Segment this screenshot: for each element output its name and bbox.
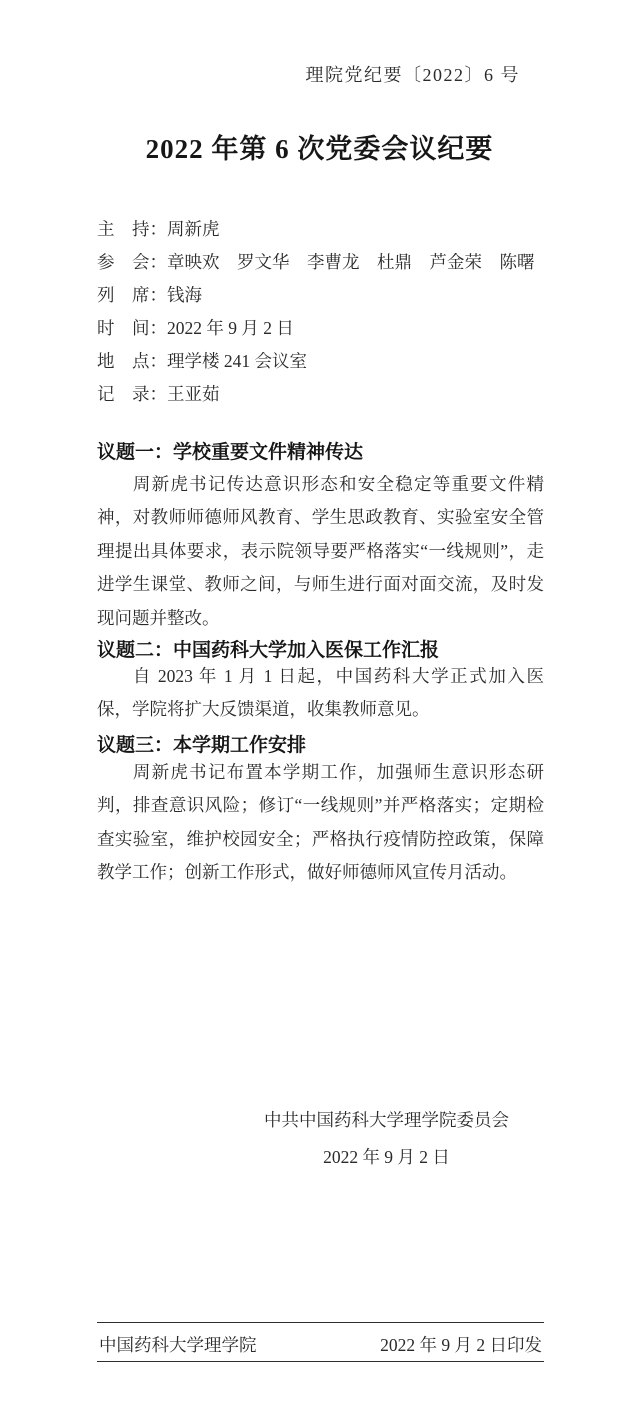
meta-line-location: 地 点：理学楼 241 会议室 [97,345,544,378]
section-paragraph-3: 周新虎书记布置本学期工作，加强师生意识形态研判，排查意识风险；修订“一线规则”并… [97,756,544,890]
meta-label: 时 间： [97,318,167,338]
section-heading-1: 议题一：学校重要文件精神传达 [97,441,544,465]
document-title: 2022 年第 6 次党委会议纪要 [0,127,639,166]
meta-block: 主 持：周新虎 参 会：章映欢 罗文华 李曹龙 杜鼎 芦金荣 陈曙 列 席：钱海… [97,213,544,411]
footer-print-date: 2022 年 9 月 2 日印发 [380,1332,542,1357]
meta-label: 主 持： [97,219,167,239]
meta-value: 钱海 [167,285,202,305]
meta-value: 周新虎 [167,219,220,239]
closing-block: 中共中国药科大学理学院委员会 2022 年 9 月 2 日 [67,1102,639,1176]
meta-value: 章映欢 罗文华 李曹龙 杜鼎 芦金荣 陈曙 [167,252,535,272]
meta-label: 记 录： [97,384,167,404]
meta-line-time: 时 间：2022 年 9 月 2 日 [97,312,544,345]
meta-label: 参 会： [97,252,167,272]
meta-line-recorder: 记 录：王亚茹 [97,378,544,411]
closing-organization: 中共中国药科大学理学院委员会 [67,1102,639,1139]
meta-label: 列 席： [97,285,167,305]
meta-label: 地 点： [97,351,167,371]
meta-line-attendees: 参 会：章映欢 罗文华 李曹龙 杜鼎 芦金荣 陈曙 [97,246,544,279]
closing-date: 2022 年 9 月 2 日 [67,1139,639,1176]
meta-value: 理学楼 241 会议室 [167,351,307,371]
document-page: 理院党纪要〔2022〕6 号 2022 年第 6 次党委会议纪要 主 持：周新虎… [0,0,639,1424]
doc-number: 理院党纪要〔2022〕6 号 [306,61,521,87]
section-paragraph-1: 周新虎书记传达意识形态和安全稳定等重要文件精神，对教师师德师风教育、学生思政教育… [97,468,544,635]
meta-line-host: 主 持：周新虎 [97,213,544,246]
section-paragraph-2: 自 2023 年 1 月 1 日起，中国药科大学正式加入医保，学院将扩大反馈渠道… [97,660,544,727]
meta-line-observers: 列 席：钱海 [97,279,544,312]
meta-value: 王亚茹 [167,384,220,404]
section-heading-3: 议题三：本学期工作安排 [97,734,544,758]
footer-bar: 中国药科大学理学院 2022 年 9 月 2 日印发 [97,1322,544,1362]
footer-issuer: 中国药科大学理学院 [99,1332,257,1357]
meta-value: 2022 年 9 月 2 日 [167,318,294,338]
